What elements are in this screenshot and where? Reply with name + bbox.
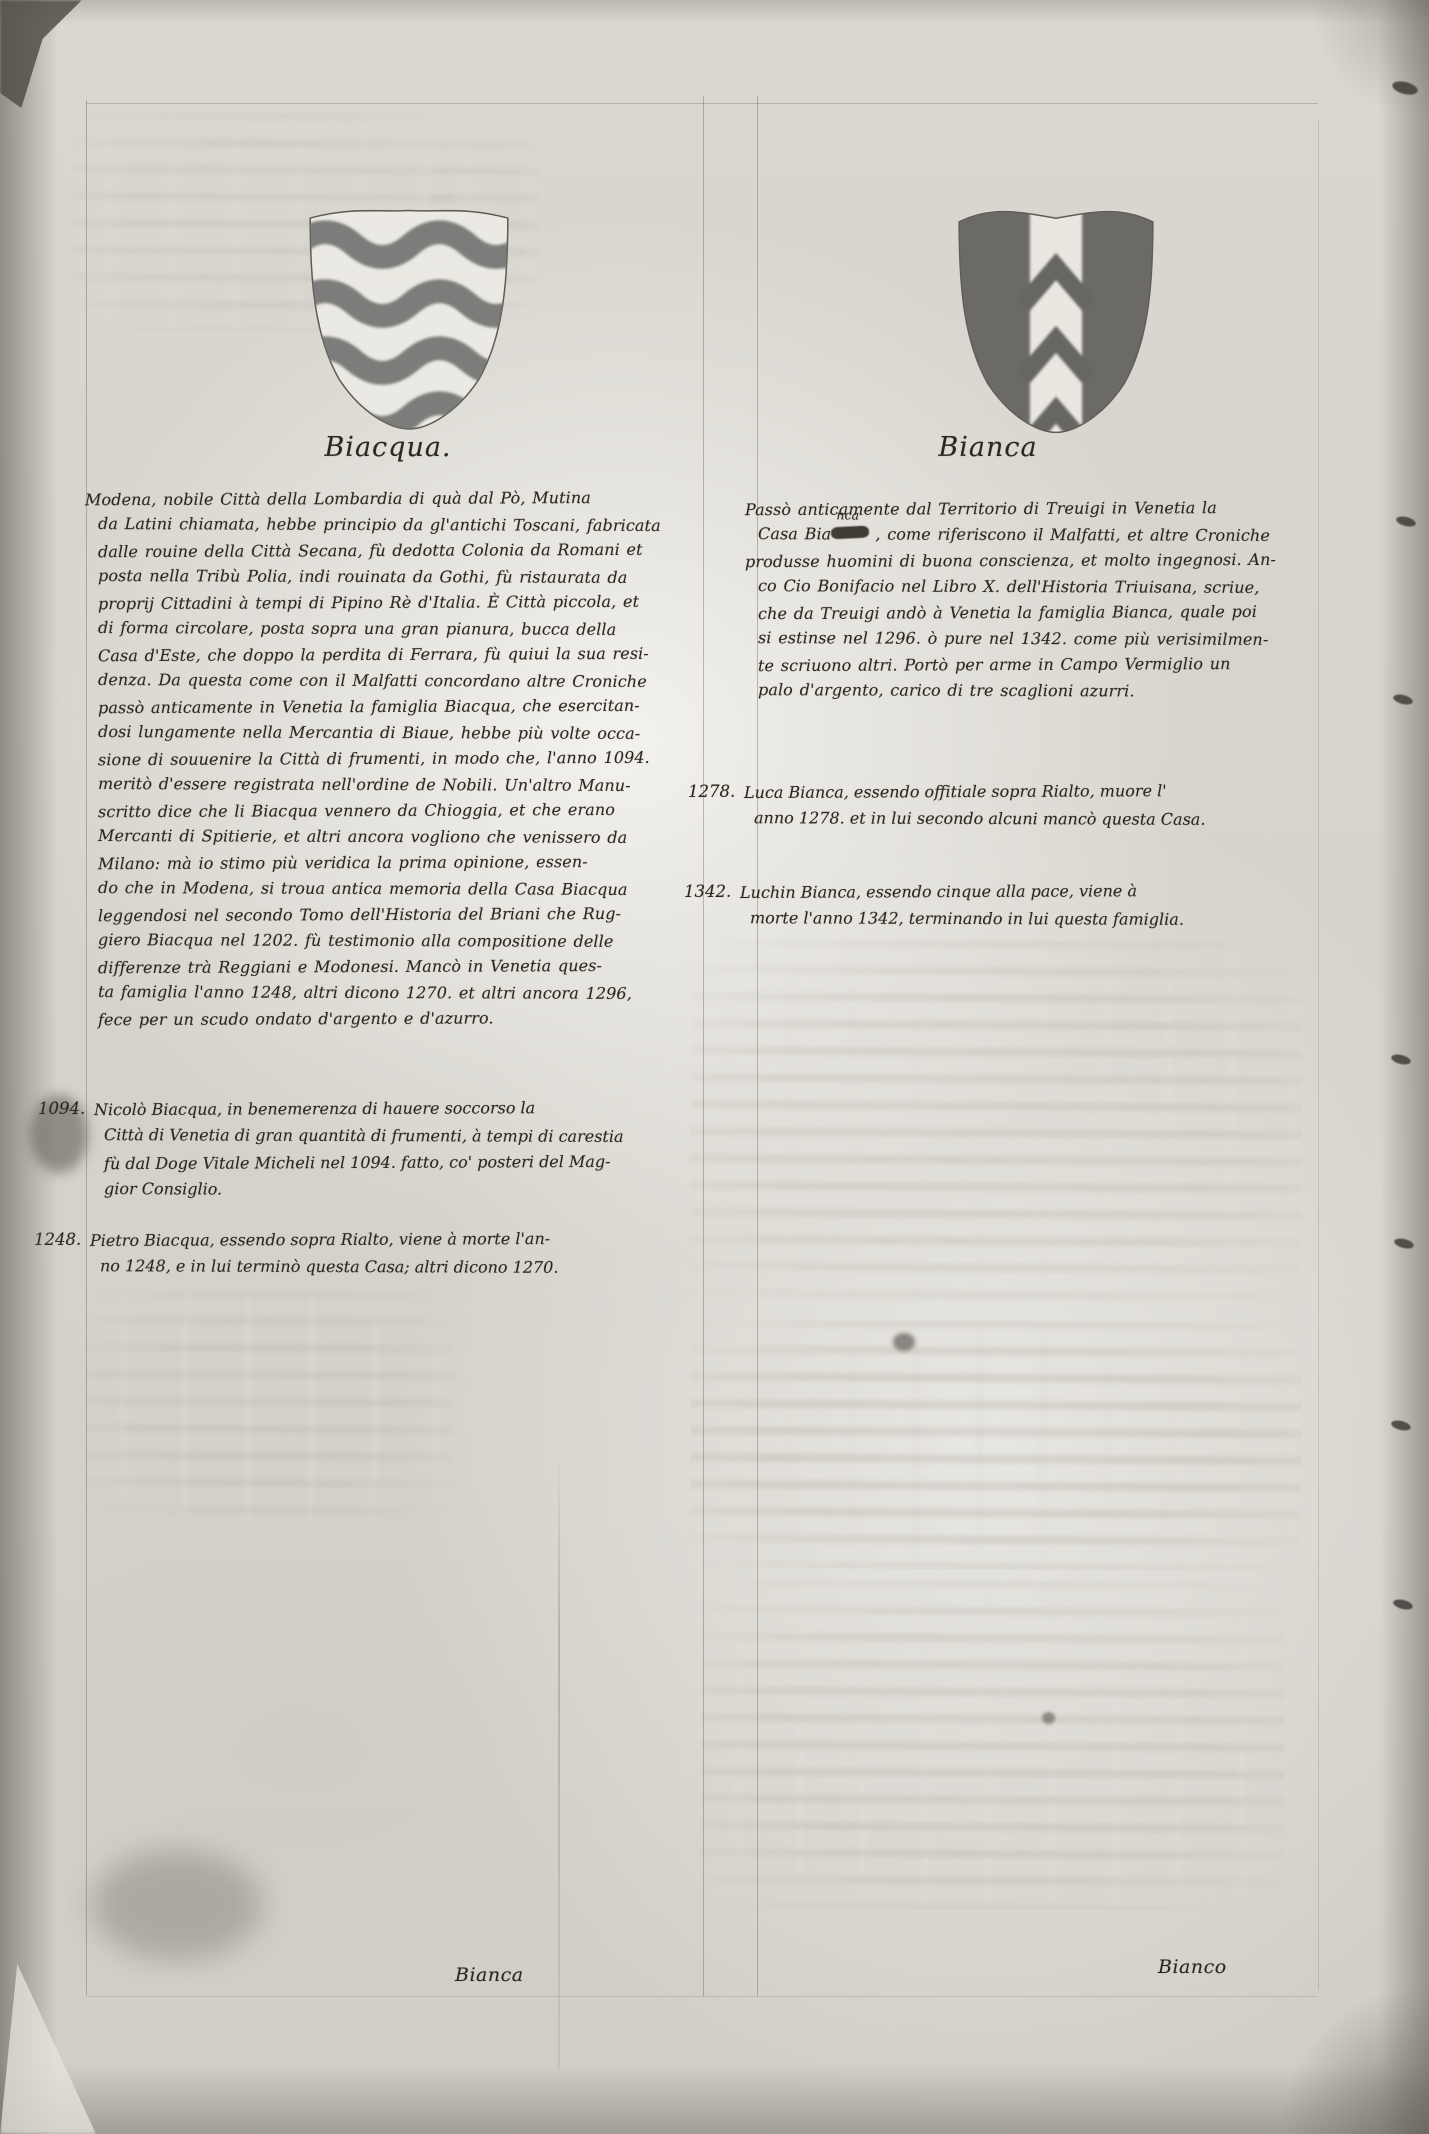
manuscript-line: proprij Cittadini à tempi di Pipino Rè d…: [85, 589, 661, 618]
right-margin-rule: [1318, 120, 1319, 1990]
manuscript-line: sione di souuenire la Città di frumenti,…: [85, 745, 661, 774]
left-margin-rule: [86, 100, 87, 1995]
manuscript-line: Città di Venetia di gran quantità di fru…: [94, 1121, 624, 1150]
entry-1278: 1278. Luca Bianca, essendo offitiale sop…: [688, 778, 1205, 832]
entry-text: Luca Bianca, essendo offitiale sopra Ria…: [744, 778, 1205, 832]
manuscript-line: te scriuono altri. Portò per arme in Cam…: [745, 651, 1276, 679]
manuscript-line: Pietro Biacqua, essendo sopra Rialto, vi…: [90, 1225, 559, 1254]
bleedthrough-texture: [689, 1318, 1303, 1572]
biacqua-wavy-bars-shield-icon: [295, 194, 523, 434]
biacqua-heading: Biacqua.: [288, 432, 488, 463]
manuscript-line: no 1248, e in lui terminò questa Casa; a…: [90, 1252, 559, 1281]
bianca-pale-chevrons-shield-icon: [918, 194, 1194, 438]
superscript-correction: nca: [836, 509, 859, 521]
ink-blot: [831, 526, 870, 540]
manuscript-line: meritò d'essere registrata nell'ordine d…: [85, 771, 661, 799]
entry-1094: 1094. Nicolò Biacqua, in benemerenza di …: [38, 1095, 624, 1203]
torn-corner: [0, 1964, 96, 2134]
binding-stitch: [1392, 693, 1414, 707]
manuscript-line: Modena, nobile Città della Lombardia di …: [85, 485, 661, 514]
entry-text: Pietro Biacqua, essendo sopra Rialto, vi…: [90, 1226, 558, 1280]
entry-1248: 1248. Pietro Biacqua, essendo sopra Rial…: [34, 1226, 558, 1280]
torn-corner: [0, 0, 82, 108]
manuscript-line: leggendosi nel secondo Tomo dell'Histori…: [85, 901, 661, 930]
paragraph-lines: produsse huomini di buona conscienza, et…: [745, 548, 1276, 704]
entry-text: Nicolò Biacqua, in benemerenza di hauere…: [94, 1095, 624, 1203]
manuscript-line: scritto dice che li Biacqua vennero da C…: [85, 797, 661, 826]
catchword-bianco: Bianco: [1158, 1956, 1227, 1978]
paper-crease: [558, 1450, 560, 2070]
manuscript-line: Casa d'Este, che doppo la perdita di Fer…: [85, 641, 661, 670]
binding-stitch: [1392, 1598, 1414, 1612]
gutter-rule-right: [757, 96, 758, 1996]
line-text: Casa Bia: [758, 524, 831, 543]
manuscript-line: co Cio Bonifacio nel Libro X. dell'Histo…: [745, 573, 1276, 601]
bianca-heading: Bianca: [888, 432, 1088, 463]
manuscript-line: dosi lungamente nella Mercantia di Biaue…: [85, 719, 661, 747]
bianca-paragraph: Passò anticamente dal Territorio di Treu…: [745, 496, 1276, 704]
manuscript-line: Milano: mà io stimo più veridica la prim…: [85, 849, 661, 878]
manuscript-line: si estinse nel 1296. ò pure nel 1342. co…: [745, 625, 1276, 653]
binding-stitch: [1395, 515, 1417, 529]
ink-spot: [893, 1333, 915, 1351]
manuscript-line: Luchin Bianca, essendo cinque alla pace,…: [740, 877, 1184, 906]
line-text: , come riferiscono il Malfatti, et altre…: [875, 525, 1270, 545]
manuscript-line: denza. Da questa come con il Malfatti co…: [85, 667, 661, 695]
top-rule: [86, 103, 1318, 104]
binding-stitch: [1390, 1053, 1412, 1067]
entry-1342: 1342. Luchin Bianca, essendo cinque alla…: [684, 878, 1184, 932]
manuscript-line: Nicolò Biacqua, in benemerenza di hauere…: [94, 1094, 624, 1123]
bleedthrough-texture: [84, 1289, 455, 1521]
manuscript-page: Biacqua. Modena, nobile Città della Lomb…: [0, 0, 1429, 2134]
manuscript-line: produsse huomini di buona conscienza, et…: [745, 547, 1276, 575]
entry-year: 1342.: [684, 878, 740, 905]
manuscript-line: gior Consiglio.: [94, 1175, 624, 1204]
manuscript-line: passò anticamente in Venetia la famiglia…: [85, 693, 661, 722]
entry-year: 1094.: [38, 1095, 94, 1122]
binding-stitch: [1393, 1237, 1415, 1251]
bleedthrough-texture: [689, 938, 1303, 1312]
gutter-rule-left: [703, 96, 704, 1996]
inline-correction: nca: [831, 523, 875, 539]
manuscript-line: differenze trà Reggiani e Modonesi. Manc…: [85, 953, 661, 982]
manuscript-line: dalle rouine della Città Secana, fù dedo…: [85, 537, 661, 566]
manuscript-line: di forma circolare, posta sopra una gran…: [85, 615, 661, 643]
binding-stitch: [1390, 1419, 1412, 1433]
paper-stain: [92, 1850, 262, 1960]
ink-spot: [1042, 1712, 1055, 1724]
manuscript-line: fece per un scudo ondato d'argento e d'a…: [85, 1005, 661, 1034]
entry-year: 1278.: [688, 778, 744, 805]
bottom-rule: [86, 1996, 1318, 1997]
manuscript-line: giero Biacqua nel 1202. fù testimonio al…: [85, 927, 661, 955]
entry-text: Luchin Bianca, essendo cinque alla pace,…: [740, 878, 1184, 932]
manuscript-line: Mercanti di Spitierie, et altri ancora v…: [85, 823, 661, 851]
manuscript-line: anno 1278. et in lui secondo alcuni manc…: [744, 804, 1206, 833]
manuscript-line-with-correction: Casa Bianca, come riferiscono il Malfatt…: [745, 521, 1276, 549]
bleedthrough-texture: [699, 1578, 1286, 1912]
manuscript-line: fù dal Doge Vitale Micheli nel 1094. fat…: [94, 1148, 624, 1177]
entry-year: 1248.: [34, 1226, 90, 1253]
biacqua-paragraph: Modena, nobile Città della Lombardia di …: [85, 486, 661, 1032]
manuscript-line: do che in Modena, si troua antica memori…: [85, 875, 661, 903]
manuscript-line: che da Treuigi andò à Venetia la famigli…: [745, 599, 1276, 627]
manuscript-line: palo d'argento, carico di tre scaglioni …: [745, 677, 1276, 705]
manuscript-line: morte l'anno 1342, terminando in lui que…: [740, 904, 1184, 933]
manuscript-line: da Latini chiamata, hebbe principio da g…: [85, 511, 661, 539]
manuscript-line: ta famiglia l'anno 1248, altri dicono 12…: [85, 979, 661, 1007]
manuscript-line: posta nella Tribù Polia, indi rouinata d…: [85, 563, 661, 591]
manuscript-line: Passò anticamente dal Territorio di Treu…: [745, 495, 1276, 523]
binding-stitch: [1391, 79, 1419, 97]
manuscript-line: Luca Bianca, essendo offitiale sopra Ria…: [744, 777, 1206, 806]
catchword-bianca: Bianca: [455, 1964, 524, 1986]
